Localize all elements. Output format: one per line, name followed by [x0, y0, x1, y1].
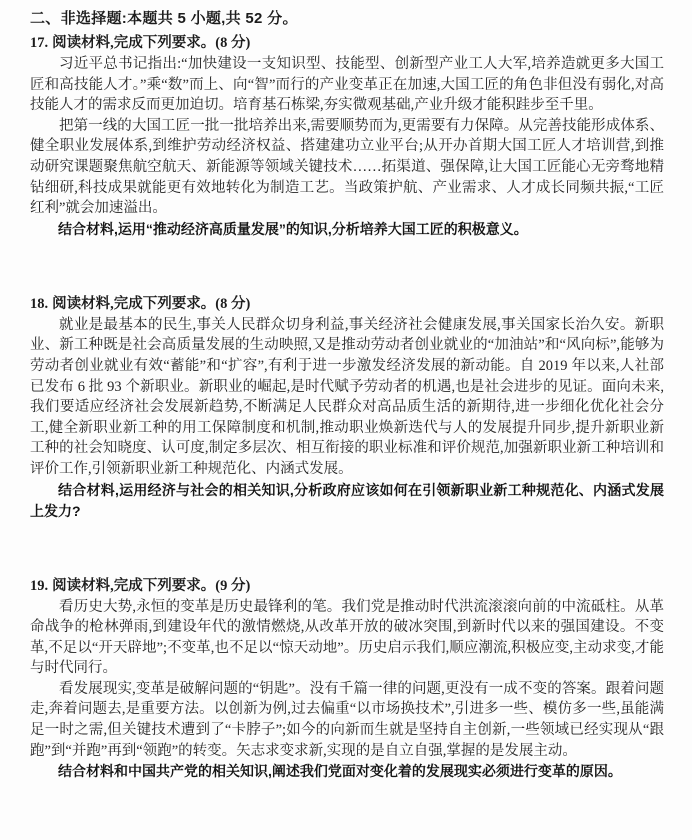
question-17-stem: 17.阅读材料,完成下列要求。(8 分): [30, 33, 664, 54]
question-19-number: 19.: [30, 578, 48, 594]
question-19-task: 结合材料和中国共产党的相关知识,阐述我们党面对变化着的发展现实必须进行变革的原因…: [30, 761, 664, 782]
question-17-number: 17.: [30, 35, 48, 51]
question-18-task: 结合材料,运用经济与社会的相关知识,分析政府应该如何在引领新职业新工种规范化、内…: [30, 480, 664, 522]
question-19-stem: 19.阅读材料,完成下列要求。(9 分): [30, 576, 664, 597]
question-19: 19.阅读材料,完成下列要求。(9 分) 看历史大势,永恒的变革是历史最锋利的笔…: [30, 576, 664, 783]
question-17-material-paragraph-2: 把第一线的大国工匠一批一批培养出来,需要顺势而为,更需要有力保障。从完善技能形成…: [30, 116, 664, 219]
question-18-material-paragraph-1: 就业是最基本的民生,事关人民群众切身利益,事关经济社会健康发展,事关国家长治久安…: [30, 315, 664, 480]
question-18-stem-text: 阅读材料,完成下列要求。(8 分): [52, 296, 250, 312]
question-17-task: 结合材料,运用“推动经济高质量发展”的知识,分析培养大国工匠的积极意义。: [30, 219, 664, 240]
question-17: 17.阅读材料,完成下列要求。(8 分) 习近平总书记指出:“加快建设一支知识型…: [30, 33, 664, 240]
question-18-stem: 18.阅读材料,完成下列要求。(8 分): [30, 294, 664, 315]
question-17-stem-text: 阅读材料,完成下列要求。(8 分): [52, 35, 250, 51]
exam-paper-page: 二、非选择题:本题共 5 小题,共 52 分。 17.阅读材料,完成下列要求。(…: [0, 0, 692, 840]
question-18-number: 18.: [30, 296, 48, 312]
question-19-stem-text: 阅读材料,完成下列要求。(9 分): [52, 578, 250, 594]
question-19-material-paragraph-1: 看历史大势,永恒的变革是历史最锋利的笔。我们党是推动时代洪流滚滚向前的中流砥柱。…: [30, 597, 664, 679]
section-header: 二、非选择题:本题共 5 小题,共 52 分。: [30, 8, 664, 29]
question-18: 18.阅读材料,完成下列要求。(8 分) 就业是最基本的民生,事关人民群众切身利…: [30, 294, 664, 522]
question-19-material-paragraph-2: 看发展现实,变革是破解问题的“钥匙”。没有千篇一律的问题,更没有一成不变的答案。…: [30, 679, 664, 761]
question-17-material-paragraph-1: 习近平总书记指出:“加快建设一支知识型、技能型、创新型产业工人大军,培养造就更多…: [30, 54, 664, 116]
